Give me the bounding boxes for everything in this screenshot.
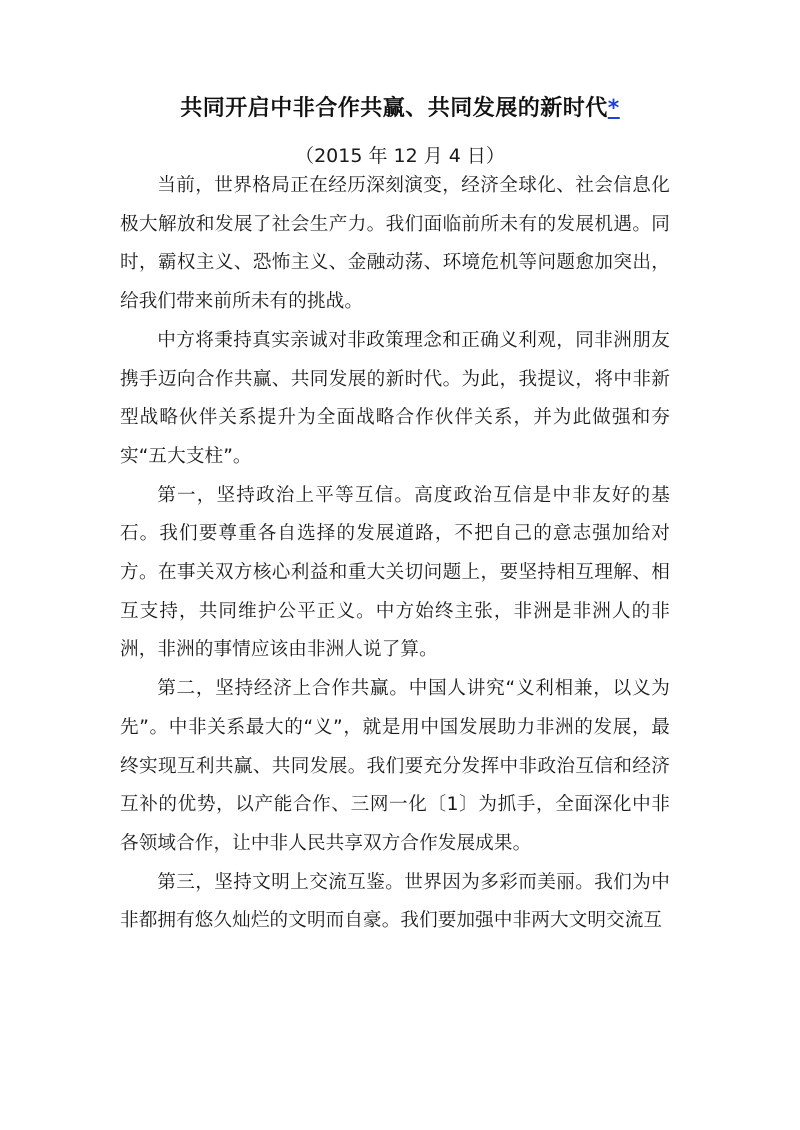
document-body: 当前，世界格局正在经历深刻演变，经济全球化、社会信息化极大解放和发展了社会生产力… [120,167,670,941]
paragraph-5: 第三，坚持文明上交流互鉴。世界因为多彩而美丽。我们为中非都拥有悠久灿烂的文明而自… [120,864,670,941]
title-text: 共同开启中非合作共赢、共同发展的新时代 [180,96,608,121]
paragraph-2: 中方将秉持真实亲诚对非政策理念和正确义利观，同非洲朋友携手迈向合作共赢、共同发展… [120,322,670,477]
paragraph-4: 第二，坚持经济上合作共赢。中国人讲究“义利相兼，以义为先”。中非关系最大的“义”… [120,670,670,864]
document-title: 共同开启中非合作共赢、共同发展的新时代* [0,92,800,126]
title-footnote-link[interactable]: * [608,96,620,121]
paragraph-3: 第一，坚持政治上平等互信。高度政治互信是中非友好的基石。我们要尊重各自选择的发展… [120,477,670,671]
paragraph-1: 当前，世界格局正在经历深刻演变，经济全球化、社会信息化极大解放和发展了社会生产力… [120,167,670,322]
document-page: 共同开启中非合作共赢、共同发展的新时代* （2015 年 12 月 4 日） 当… [0,0,800,1130]
